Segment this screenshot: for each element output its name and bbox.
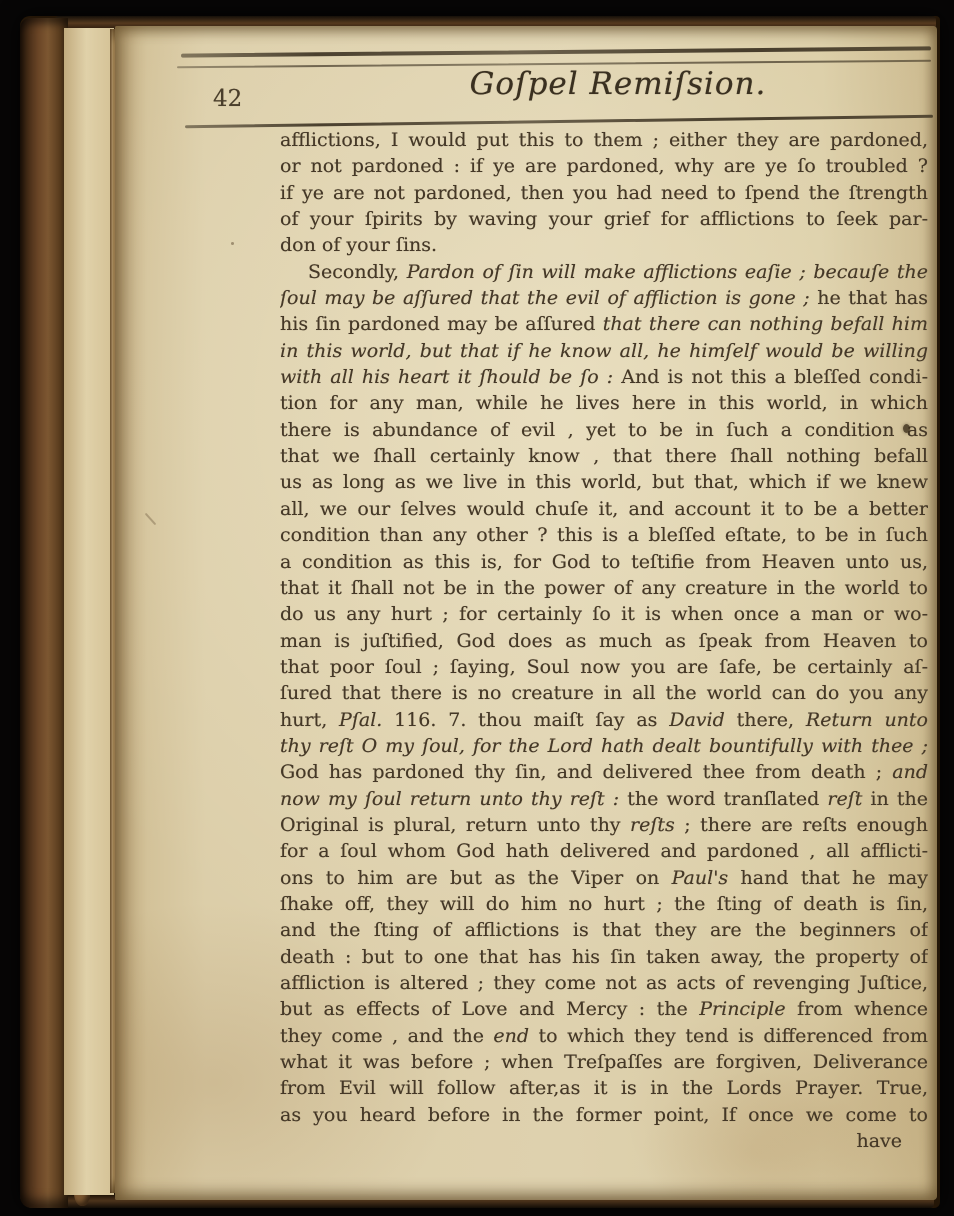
roman-text: there is abundance of evil , yet to be i… <box>280 419 928 441</box>
roman-text: in the <box>862 788 928 810</box>
roman-text: that poor ſoul ; ſaying, Soul now you ar… <box>280 656 928 678</box>
text-line: Original is plural, return unto thy reſt… <box>280 812 928 838</box>
text-line: what it was before ; when Treſpaſſes are… <box>280 1049 928 1075</box>
roman-text: us as long as we live in this world, but… <box>280 471 928 493</box>
roman-text: ; there are reſts enough <box>675 814 928 836</box>
text-line: they come , and the end to which they te… <box>280 1023 928 1049</box>
roman-text: there, <box>725 709 806 731</box>
text-line: hurt, Pſal. 116. 7. thou maiſt ſay as Da… <box>280 707 928 733</box>
text-line: there is abundance of evil , yet to be i… <box>280 417 928 443</box>
italic-text: David <box>669 709 725 731</box>
text-line: do us any hurt ; for certainly ſo it is … <box>280 601 928 627</box>
text-line: of your ſpirits by waving your grief for… <box>280 206 928 232</box>
roman-text: his ſin pardoned may be aſſured <box>280 313 603 335</box>
roman-text: they come , and the <box>280 1025 493 1047</box>
roman-text: to which they tend is differenced from <box>529 1025 928 1047</box>
roman-text: for a ſoul whom God hath delivered and p… <box>280 840 928 862</box>
paper-speck <box>231 242 234 245</box>
roman-text: 116. 7. thou maiſt ſay as <box>382 709 669 731</box>
italic-text: reſt <box>827 788 862 810</box>
italic-text: end <box>493 1025 529 1047</box>
italic-text: thy reſt O my ſoul, for the Lord hath de… <box>280 735 928 757</box>
text-line: if ye are not pardoned, then you had nee… <box>280 180 928 206</box>
photo-background: Goſpel Remiſsion. 42 afflictions, I woul… <box>0 0 954 1216</box>
roman-text: hand that he may <box>728 867 928 889</box>
text-line: death : but to one that has his ſin take… <box>280 944 928 970</box>
text-line: as you heard before in the former point,… <box>280 1102 928 1128</box>
text-line: man is juſtified, God does as much as ſp… <box>280 628 928 654</box>
roman-text: condition than any other ? this is a ble… <box>280 524 928 546</box>
italic-text: that there can nothing befall him <box>603 313 928 335</box>
text-line: that it ſhall not be in the power of any… <box>280 575 928 601</box>
italic-text: now my ſoul return unto thy reſt : <box>280 788 619 810</box>
roman-text: or not pardoned : if ye are pardoned, wh… <box>280 155 928 177</box>
text-line: affliction is altered ; they come not as… <box>280 970 928 996</box>
roman-text: do us any hurt ; for certainly ſo it is … <box>280 603 928 625</box>
italic-text: in this world, but that if he know all, … <box>280 340 928 362</box>
text-line: with all his heart it ſhould be ſo : And… <box>280 364 928 390</box>
text-line: that poor ſoul ; ſaying, Soul now you ar… <box>280 654 928 680</box>
italic-text: and <box>892 761 928 783</box>
text-line: ons to him are but as the Viper on Paul'… <box>280 865 928 891</box>
text-block: afflictions, I would put this to them ; … <box>280 127 928 1154</box>
text-line: ſured that there is no creature in all t… <box>280 680 928 706</box>
roman-text: affliction is altered ; they come not as… <box>280 972 928 994</box>
roman-text: he that has <box>810 287 928 309</box>
text-line: all, we our ſelves would chuſe it, and a… <box>280 496 928 522</box>
italic-text: Pardon of ſin will make afflictions eaſi… <box>407 261 928 283</box>
roman-text: And is not this a bleſſed condi- <box>613 366 928 388</box>
roman-text: God has pardoned thy ſin, and delivered … <box>280 761 892 783</box>
text-line: and the ſting of afflictions is that the… <box>280 917 928 943</box>
header-rule-thick <box>181 46 931 57</box>
roman-text: the word tranſlated <box>619 788 827 810</box>
text-line: now my ſoul return unto thy reſt : the w… <box>280 786 928 812</box>
text-line: don of your ſins. <box>280 232 928 258</box>
text-line: God has pardoned thy ſin, and delivered … <box>280 759 928 785</box>
text-line: ſhake off, they will do him no hurt ; th… <box>280 891 928 917</box>
text-line: ſoul may be aſſured that the evil of aff… <box>280 285 928 311</box>
text-line: us as long as we live in this world, but… <box>280 469 928 495</box>
italic-text: ſoul may be aſſured that the evil of aff… <box>280 287 810 309</box>
italic-text: Paul's <box>672 867 729 889</box>
roman-text: from Evil will follow after,as it is in … <box>280 1077 928 1099</box>
roman-text: afflictions, I would put this to them ; … <box>280 129 928 151</box>
roman-text: what it was before ; when Treſpaſſes are… <box>280 1051 928 1073</box>
text-line: but as effects of Love and Mercy : the P… <box>280 996 928 1022</box>
paper-fiber <box>145 513 157 525</box>
text-line: Secondly, Pardon of ſin will make afflic… <box>280 259 928 285</box>
italic-text: Principle <box>699 998 785 1020</box>
roman-text: death : but to one that has his ſin take… <box>280 946 928 968</box>
roman-text: Original is plural, return unto thy <box>280 814 630 836</box>
text-line: or not pardoned : if ye are pardoned, wh… <box>280 153 928 179</box>
text-line: afflictions, I would put this to them ; … <box>280 127 928 153</box>
roman-text: all, we our ſelves would chuſe it, and a… <box>280 498 928 520</box>
roman-text: a condition as this is, for God to teſti… <box>280 551 928 573</box>
inner-margin-page <box>64 28 114 1195</box>
page-number: 42 <box>213 86 242 112</box>
italic-text: with all his heart it ſhould be ſo : <box>280 366 613 388</box>
roman-text: don of your ſins. <box>280 234 437 256</box>
roman-text: if ye are not pardoned, then you had nee… <box>280 182 928 204</box>
book-cover-spine <box>20 18 68 1208</box>
roman-text: but as effects of Love and Mercy : the <box>280 998 699 1020</box>
roman-text: man is juſtified, God does as much as ſp… <box>280 630 928 652</box>
roman-text: hurt, <box>280 709 339 731</box>
running-title: Goſpel Remiſsion. <box>207 66 954 102</box>
roman-text: and the ſting of afflictions is that the… <box>280 919 928 941</box>
text-line: thy reſt O my ſoul, for the Lord hath de… <box>280 733 928 759</box>
roman-text: ſhake off, they will do him no hurt ; th… <box>280 893 928 915</box>
ink-spot <box>903 424 910 433</box>
text-line: tion for any man, while he lives here in… <box>280 390 928 416</box>
book-page: Goſpel Remiſsion. 42 afflictions, I woul… <box>115 26 937 1200</box>
roman-text: from whence <box>786 998 928 1020</box>
book: Goſpel Remiſsion. 42 afflictions, I woul… <box>20 16 940 1208</box>
roman-text: as you heard before in the former point,… <box>280 1104 928 1126</box>
text-line: condition than any other ? this is a ble… <box>280 522 928 548</box>
catchword: have <box>280 1128 928 1154</box>
italic-text: Return unto <box>806 709 928 731</box>
italic-text: reſts <box>630 814 675 836</box>
text-line: that we ſhall certainly know , that ther… <box>280 443 928 469</box>
text-line: from Evil will follow after,as it is in … <box>280 1075 928 1101</box>
text-line: a condition as this is, for God to teſti… <box>280 549 928 575</box>
italic-text: Pſal. <box>339 709 382 731</box>
roman-text: tion for any man, while he lives here in… <box>280 392 928 414</box>
roman-text: Secondly, <box>308 261 407 283</box>
roman-text: ſured that there is no creature in all t… <box>280 682 928 704</box>
text-line: for a ſoul whom God hath delivered and p… <box>280 838 928 864</box>
text-line: in this world, but that if he know all, … <box>280 338 928 364</box>
roman-text: of your ſpirits by waving your grief for… <box>280 208 928 230</box>
roman-text: that it ſhall not be in the power of any… <box>280 577 928 599</box>
roman-text: that we ſhall certainly know , that ther… <box>280 445 928 467</box>
text-line: his ſin pardoned may be aſſured that the… <box>280 311 928 337</box>
roman-text: ons to him are but as the Viper on <box>280 867 672 889</box>
